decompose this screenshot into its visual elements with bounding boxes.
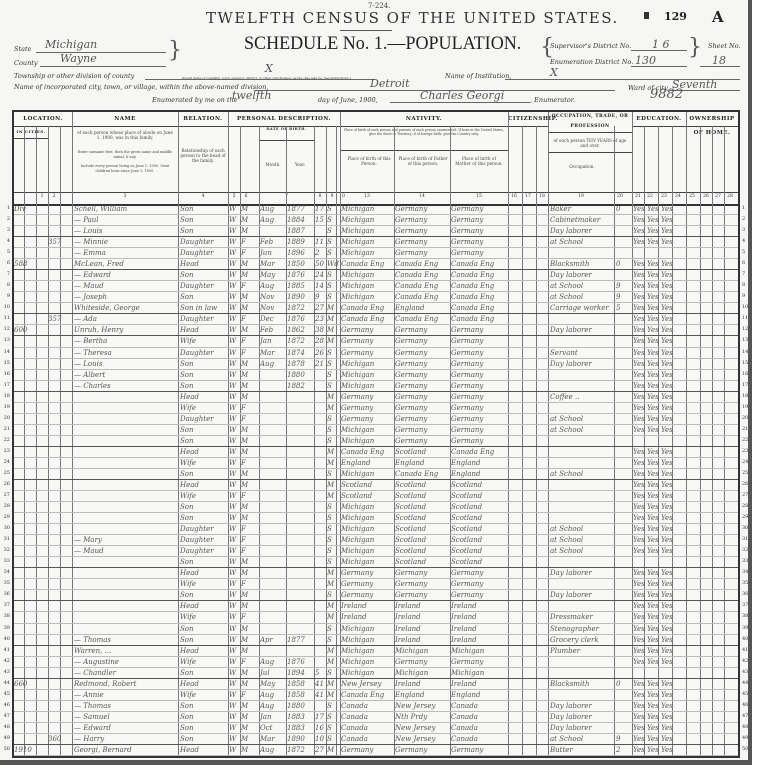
cell-occ	[550, 458, 614, 469]
cell-rel: Head	[180, 259, 228, 270]
cell-age	[315, 226, 326, 237]
cell-month: Jul	[260, 668, 286, 679]
cell-year	[287, 458, 314, 469]
cell-year: 1882	[287, 381, 314, 392]
cell-color: W	[229, 679, 240, 690]
cell-month	[260, 370, 286, 381]
cell-b_mother: Germany	[451, 215, 508, 226]
cell-dwell	[48, 447, 72, 458]
cell-month: Nov	[260, 292, 286, 303]
cell-dwell	[48, 513, 72, 524]
table-row: 588McLean, FredHeadWMMar185050WdCanada E…	[14, 259, 738, 270]
cell-sex: M	[241, 723, 259, 734]
cell-year: 1874	[287, 348, 314, 359]
row-number-right: 1	[742, 205, 752, 211]
cell-rel: Head	[180, 745, 228, 756]
cell-mo	[616, 513, 632, 524]
cell-occ	[550, 403, 614, 414]
cell-sex: M	[241, 259, 259, 270]
cell-mo: 2	[616, 745, 632, 756]
cell-b_person: Michigan	[341, 624, 394, 635]
cell-b_mother: Canada Eng	[451, 270, 508, 281]
table-row: SonWMSMichiganScotlandScotlandYes Yes Ye…	[14, 502, 738, 513]
state-line	[36, 52, 166, 53]
cell-color: W	[229, 657, 240, 668]
cell-mar: M	[327, 325, 340, 336]
cell-b_father: Scotland	[395, 557, 450, 568]
column-number: 3	[72, 194, 178, 199]
cell-month	[260, 458, 286, 469]
cell-street	[14, 403, 36, 414]
cell-mo	[616, 701, 632, 712]
cell-edu: Yes Yes Yes	[633, 524, 686, 535]
cell-rel: Son	[180, 624, 228, 635]
cell-sex: F	[241, 657, 259, 668]
row-number-left: 24	[0, 459, 10, 465]
cell-sex: M	[241, 712, 259, 723]
cell-dwell	[48, 226, 72, 237]
cell-name	[74, 425, 178, 436]
cell-year	[287, 447, 314, 458]
cell-b_mother: Scotland	[451, 513, 508, 524]
cell-edu: Yes Yes Yes	[633, 723, 686, 734]
cell-mo	[616, 447, 632, 458]
cell-name: — Joseph	[74, 292, 178, 303]
table-row: WifeWFMEnglandEnglandEnglandYes Yes Yes	[14, 458, 738, 469]
table-row: SonWMSMichiganIrelandIrelandStenographer…	[14, 624, 738, 635]
cell-color: W	[229, 215, 240, 226]
cell-mo	[616, 612, 632, 623]
cell-year: 1850	[287, 259, 314, 270]
cell-sex: F	[241, 403, 259, 414]
row-number-left: 36	[0, 591, 10, 597]
cell-edu: Yes Yes Yes	[633, 458, 686, 469]
name-note-1: Enter surname first, then the given name…	[76, 150, 174, 160]
cell-street	[14, 635, 36, 646]
cell-b_person: Scotland	[341, 491, 394, 502]
cell-mo	[616, 635, 632, 646]
cell-sex: F	[241, 281, 259, 292]
table-header: LOCATION. IN CITIES. NAME RELATION. PERS…	[14, 112, 738, 206]
cell-b_father: Michigan	[395, 668, 450, 679]
cell-rel: Wife	[180, 336, 228, 347]
cell-b_person: Michigan	[341, 513, 394, 524]
cell-rel: Daughter	[180, 414, 228, 425]
cell-mar: M	[327, 480, 340, 491]
title-rule	[340, 30, 392, 31]
cell-color: W	[229, 458, 240, 469]
cell-color: W	[229, 712, 240, 723]
row-number-left: 16	[0, 371, 10, 377]
row-number-right: 8	[742, 282, 752, 288]
cell-b_mother: England	[451, 458, 508, 469]
cell-mar: Wd	[327, 259, 340, 270]
row-number-right: 36	[742, 591, 752, 597]
cell-mo	[616, 546, 632, 557]
row-number-right: 18	[742, 393, 752, 399]
column-number: 21	[632, 194, 644, 199]
row-number-left: 26	[0, 481, 10, 487]
cell-occ: Day laborer	[550, 723, 614, 734]
row-number-left: 14	[0, 349, 10, 355]
cell-b_mother: Germany	[451, 414, 508, 425]
cell-year: 1877	[287, 635, 314, 646]
cell-edu: Yes Yes Yes	[633, 579, 686, 590]
brace-icon: }	[688, 37, 702, 59]
cell-street	[14, 381, 36, 392]
cell-dwell	[48, 303, 72, 314]
cell-b_father: Ireland	[395, 635, 450, 646]
cell-dwell	[48, 646, 72, 657]
row-number-left: 25	[0, 470, 10, 476]
table-row: SonWMSMichiganScotlandScotlandYes Yes Ye…	[14, 513, 738, 524]
cell-b_mother: Canada Eng	[451, 447, 508, 458]
table-row: — CharlesSonWM1882SMichiganGermanyGerman…	[14, 381, 738, 392]
row-number-right: 13	[742, 337, 752, 343]
cell-b_mother: Canada	[451, 734, 508, 745]
cell-dwell	[48, 557, 72, 568]
cell-edu: Yes Yes Yes	[633, 215, 686, 226]
row-number-right: 22	[742, 437, 752, 443]
cell-b_mother: Germany	[451, 392, 508, 403]
cell-rel: Daughter	[180, 546, 228, 557]
row-number-left: 12	[0, 326, 10, 332]
cell-rel: Son	[180, 381, 228, 392]
cell-color: W	[229, 745, 240, 756]
cell-name: Whiteside, George	[74, 303, 178, 314]
row-number-right: 38	[742, 613, 752, 619]
cell-age	[315, 701, 326, 712]
cell-edu: Yes Yes Yes	[633, 701, 686, 712]
cell-dwell	[48, 336, 72, 347]
cell-sex: M	[241, 381, 259, 392]
row-number-left: 40	[0, 636, 10, 642]
cell-rel: Daughter	[180, 314, 228, 325]
cell-mar: S	[327, 502, 340, 513]
cell-street	[14, 292, 36, 303]
row-number-left: 47	[0, 713, 10, 719]
table-row: HeadWMMIrelandIrelandIrelandYes Yes Yes	[14, 601, 738, 612]
cell-rel: Son	[180, 668, 228, 679]
cell-edu: Yes Yes Yes	[633, 513, 686, 524]
cell-name: — Harry	[74, 734, 178, 745]
cell-dwell	[48, 624, 72, 635]
column-number: 6	[240, 194, 252, 199]
row-number-right: 29	[742, 514, 752, 520]
cell-year: 1858	[287, 690, 314, 701]
cell-color: W	[229, 734, 240, 745]
cell-b_mother: Scotland	[451, 524, 508, 535]
cell-year: 1858	[287, 679, 314, 690]
cell-street	[14, 425, 36, 436]
cell-name: — Charles	[74, 381, 178, 392]
cell-street	[14, 524, 36, 535]
nativity-description: Place of birth of each person and parent…	[344, 128, 504, 136]
cell-month	[260, 381, 286, 392]
cell-mar: S	[327, 557, 340, 568]
cell-age	[315, 370, 326, 381]
cell-year	[287, 590, 314, 601]
cell-rel: Son	[180, 226, 228, 237]
cell-year: 1872	[287, 303, 314, 314]
cell-mo	[616, 425, 632, 436]
cell-age	[315, 469, 326, 480]
stamp-mark-icon	[644, 12, 649, 19]
cell-age	[315, 403, 326, 414]
cell-sex: F	[241, 248, 259, 259]
cell-name: — Louis	[74, 226, 178, 237]
cell-edu: Yes Yes Yes	[633, 491, 686, 502]
cell-year	[287, 491, 314, 502]
cell-b_father: Germany	[395, 425, 450, 436]
cell-month: Aug	[260, 701, 286, 712]
cell-edu: Yes Yes Yes	[633, 447, 686, 458]
cell-mo: 5	[616, 303, 632, 314]
cell-year	[287, 624, 314, 635]
cell-age	[315, 502, 326, 513]
cell-b_father: Germany	[395, 403, 450, 414]
cell-occ: Baker	[550, 204, 614, 215]
table-row: DaughterWFSGermanyGermanyGermanyat Schoo…	[14, 414, 738, 425]
cell-mar: S	[327, 546, 340, 557]
cell-mar: S	[327, 370, 340, 381]
cell-mo	[616, 524, 632, 535]
cell-rel: Son	[180, 370, 228, 381]
cell-b_father: Germany	[395, 204, 450, 215]
cell-mar: S	[327, 535, 340, 546]
cell-sex: M	[241, 668, 259, 679]
cell-age: 2	[315, 248, 326, 259]
cell-rel: Daughter	[180, 237, 228, 248]
cell-b_mother: Germany	[451, 657, 508, 668]
cell-color: W	[229, 590, 240, 601]
cell-month: Aug	[260, 204, 286, 215]
birth-father-header: Place of birth of Father of this person.	[398, 156, 448, 166]
row-number-left: 9	[0, 293, 10, 299]
cell-b_father: Germany	[395, 436, 450, 447]
cell-mar: S	[327, 513, 340, 524]
cell-b_mother: Canada	[451, 723, 508, 734]
column-number: 16	[508, 194, 520, 199]
row-number-left: 42	[0, 658, 10, 664]
cell-year	[287, 601, 314, 612]
table-row: — AugustineWifeWFAug1876MMichiganGermany…	[14, 657, 738, 668]
cell-occ: at School	[550, 524, 614, 535]
cell-b_mother: Germany	[451, 336, 508, 347]
cell-b_mother: Scotland	[451, 480, 508, 491]
cell-age	[315, 414, 326, 425]
table-row: — EdwardSonWMMay187624SMichiganCanada En…	[14, 270, 738, 281]
census-title: TWELFTH CENSUS OF THE UNITED STATES.	[206, 9, 619, 27]
cell-mo	[616, 325, 632, 336]
cell-occ: at School	[550, 469, 614, 480]
cell-color: W	[229, 325, 240, 336]
month-header: Month.	[261, 162, 285, 167]
cell-year	[287, 513, 314, 524]
cell-color: W	[229, 524, 240, 535]
column-number: 14	[394, 194, 450, 199]
enumerated-suffix: day of June, 1900,	[318, 96, 378, 104]
cell-b_father: Scotland	[395, 546, 450, 557]
table-row: SonWMSMichiganCanada EngEnglandat School…	[14, 469, 738, 480]
cell-street	[14, 502, 36, 513]
cell-month: Feb	[260, 237, 286, 248]
column-number: 26	[700, 194, 712, 199]
cell-sex: M	[241, 270, 259, 281]
cell-mo: 0	[616, 259, 632, 270]
cell-b_mother: Germany	[451, 425, 508, 436]
cell-month	[260, 226, 286, 237]
cell-year	[287, 469, 314, 480]
schedule-title: SCHEDULE No. 1.—POPULATION.	[244, 33, 521, 55]
cell-rel: Son	[180, 215, 228, 226]
table-row: — ChandlerSonWMJul18945SMichiganMichigan…	[14, 668, 738, 679]
cell-mar: M	[327, 336, 340, 347]
cell-street	[14, 303, 36, 314]
cell-b_father: Canada Eng	[395, 314, 450, 325]
cell-age: 16	[315, 723, 326, 734]
cell-mo	[616, 314, 632, 325]
table-row: 660Redmond, RobertHeadWMMay185841MNew Je…	[14, 679, 738, 690]
cell-occ: at School	[550, 281, 614, 292]
cell-edu: Yes Yes Yes	[633, 336, 686, 347]
cell-color: W	[229, 723, 240, 734]
cell-month	[260, 502, 286, 513]
cell-month: May	[260, 270, 286, 281]
cell-rel: Son	[180, 292, 228, 303]
cell-b_father: New Jersey	[395, 734, 450, 745]
row-number-right: 43	[742, 669, 752, 675]
cell-mar: S	[327, 734, 340, 745]
cell-mo: 9	[616, 734, 632, 745]
cell-occ: at School	[550, 414, 614, 425]
cell-edu: Yes Yes Yes	[633, 601, 686, 612]
cell-mo	[616, 712, 632, 723]
cell-mo	[616, 568, 632, 579]
table-row: Whiteside, GeorgeSon in lawWMNov187227MC…	[14, 303, 738, 314]
cell-month	[260, 425, 286, 436]
cell-mo	[616, 668, 632, 679]
cell-occ: at School	[550, 535, 614, 546]
row-number-left: 29	[0, 514, 10, 520]
cell-year	[287, 392, 314, 403]
cell-b_father: Ireland	[395, 612, 450, 623]
table-row: SonWMSGermanyGermanyGermanyDay laborerYe…	[14, 590, 738, 601]
cell-mar: S	[327, 292, 340, 303]
cell-year	[287, 568, 314, 579]
cell-rel: Wife	[180, 579, 228, 590]
cell-sex: M	[241, 292, 259, 303]
row-number-left: 28	[0, 503, 10, 509]
row-number-right: 35	[742, 580, 752, 586]
cell-edu: Yes Yes Yes	[633, 745, 686, 756]
cell-b_person: Michigan	[341, 270, 394, 281]
row-number-left: 6	[0, 260, 10, 266]
table-row: Warren, ...HeadWMMMichiganMichiganMichig…	[14, 646, 738, 657]
cell-street: Div	[14, 204, 36, 215]
column-number: 13	[340, 194, 394, 199]
row-number-right: 19	[742, 404, 752, 410]
cell-edu: Yes Yes Yes	[633, 303, 686, 314]
cell-month: Aug	[260, 359, 286, 370]
enumeration-label: Enumeration District No.	[550, 58, 633, 66]
cell-street	[14, 248, 36, 259]
cell-occ	[550, 381, 614, 392]
cell-b_person: Germany	[341, 414, 394, 425]
cell-age	[315, 624, 326, 635]
row-number-right: 30	[742, 525, 752, 531]
cell-b_father: England	[395, 690, 450, 701]
cell-sex: M	[241, 215, 259, 226]
cell-mar: M	[327, 314, 340, 325]
cell-edu: Yes Yes Yes	[633, 502, 686, 513]
cell-b_mother: Scotland	[451, 546, 508, 557]
cell-b_person: Canada Eng	[341, 259, 394, 270]
cell-color: W	[229, 281, 240, 292]
cell-sex: M	[241, 635, 259, 646]
cell-color: W	[229, 392, 240, 403]
row-number-right: 21	[742, 426, 752, 432]
cell-mo	[616, 480, 632, 491]
cell-b_father: Scotland	[395, 447, 450, 458]
cell-b_father: Germany	[395, 215, 450, 226]
cell-street: 1910	[14, 745, 36, 756]
cell-b_mother: Canada Eng	[451, 259, 508, 270]
cell-edu: Yes Yes Yes	[633, 646, 686, 657]
cell-mar: S	[327, 381, 340, 392]
cell-occ	[550, 668, 614, 679]
cell-month: Oct	[260, 723, 286, 734]
table-row: DivSchell, WilliamSonWMAug187717SMichiga…	[14, 204, 738, 215]
cell-year: 1883	[287, 723, 314, 734]
cell-month	[260, 392, 286, 403]
cell-mo	[616, 392, 632, 403]
table-row: WifeWFMIrelandIrelandIrelandDressmakerYe…	[14, 612, 738, 623]
cell-b_father: Germany	[395, 392, 450, 403]
cell-rel: Wife	[180, 491, 228, 502]
cell-year: 1894	[287, 668, 314, 679]
birth-person-header: Place of birth of this Person.	[344, 156, 394, 166]
cell-mo	[616, 535, 632, 546]
cell-b_person: Canada Eng	[341, 690, 394, 701]
city-value: Detroit	[370, 77, 410, 90]
cell-month	[260, 403, 286, 414]
group-location: LOCATION.	[14, 112, 73, 127]
cell-color: W	[229, 314, 240, 325]
cell-sex: F	[241, 612, 259, 623]
cell-b_person: Michigan	[341, 292, 394, 303]
cell-year	[287, 436, 314, 447]
cell-color: W	[229, 601, 240, 612]
cell-color: W	[229, 359, 240, 370]
row-number-right: 23	[742, 448, 752, 454]
cell-edu	[633, 668, 686, 679]
cell-edu: Yes Yes Yes	[633, 259, 686, 270]
cell-mo: 9	[616, 281, 632, 292]
cell-edu: Yes Yes Yes	[633, 314, 686, 325]
cell-age: 41	[315, 690, 326, 701]
cell-mo	[616, 237, 632, 248]
cell-age	[315, 513, 326, 524]
cell-b_person: Germany	[341, 579, 394, 590]
cell-age	[315, 546, 326, 557]
row-number-right: 10	[742, 304, 752, 310]
cell-b_mother: Germany	[451, 226, 508, 237]
cell-year: 1885	[287, 281, 314, 292]
cell-dwell	[48, 281, 72, 292]
row-number-right: 6	[742, 260, 752, 266]
cell-sex: F	[241, 690, 259, 701]
